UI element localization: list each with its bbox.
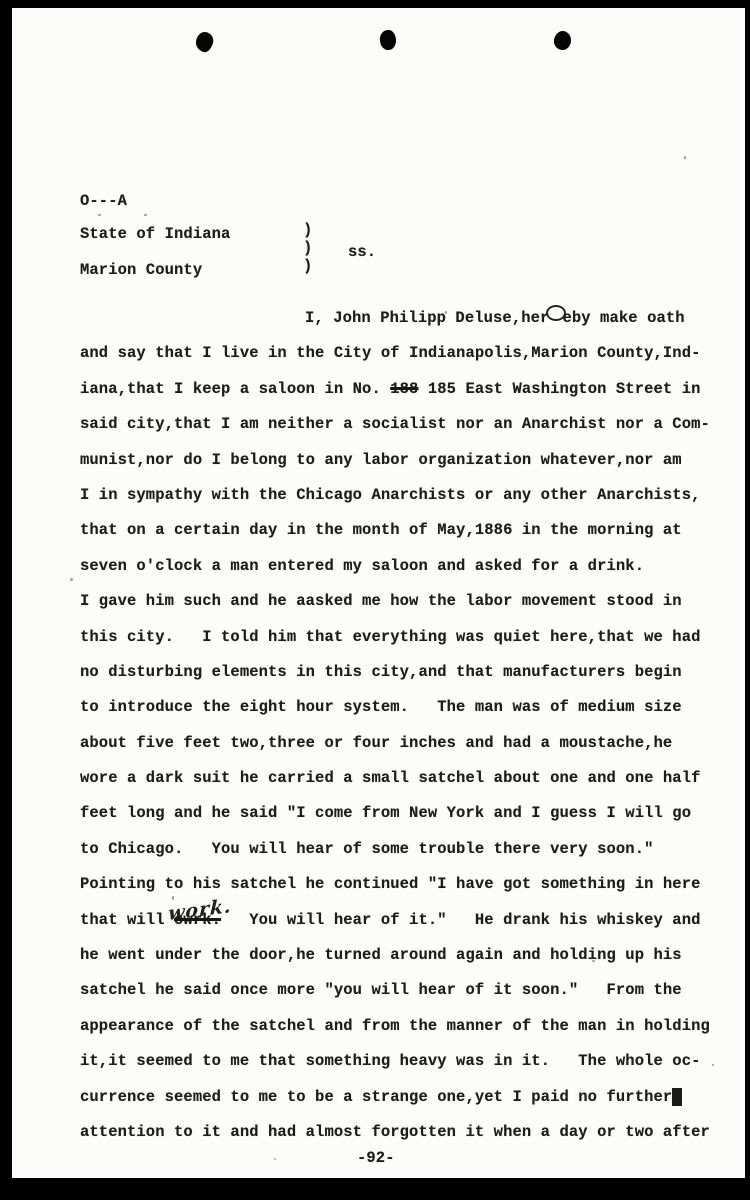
scan-speck	[172, 896, 174, 900]
text-line: I, John Philipp Deluse,hereby make oath	[80, 301, 730, 336]
text-line: to Chicago. You will hear of some troubl…	[80, 832, 730, 867]
typewritten-text: attention to it and had almost forgotten…	[80, 1123, 710, 1141]
typewritten-text: eby make oath	[562, 309, 684, 327]
typewritten-text: I, John Philipp Deluse,her	[305, 309, 549, 327]
text-line: wore a dark suit he carried a small satc…	[80, 761, 730, 796]
scanned-page: O---A State of Indiana Marion County ) )…	[12, 8, 745, 1178]
venue-bracket: )	[303, 221, 312, 239]
scan-speck	[144, 214, 147, 216]
text-line: satchel he said once more "you will hear…	[80, 973, 730, 1008]
scan-speck	[712, 1064, 714, 1066]
text-line: that will work.owrk. You will hear of it…	[80, 903, 730, 938]
text-line: feet long and he said "I come from New Y…	[80, 796, 730, 831]
struck-out-text: 188	[390, 380, 418, 398]
page-number: -92-	[357, 1149, 395, 1167]
text-line: this city. I told him that everything wa…	[80, 620, 730, 655]
ink-blot-overstrike: m	[672, 1088, 681, 1106]
venue-ss-abbreviation: ss.	[348, 243, 376, 261]
scan-speck	[98, 214, 101, 216]
text-line: I gave him such and he aasked me how the…	[80, 584, 730, 619]
typewritten-text: You will hear of it." He drank his whisk…	[221, 911, 700, 929]
typewritten-text: said city,that I am neither a socialist …	[80, 415, 710, 433]
venue-county: Marion County	[80, 261, 202, 279]
scan-speck	[70, 578, 73, 581]
affidavit-body-text: I, John Philipp Deluse,hereby make oatha…	[80, 301, 730, 1150]
punch-hole-center	[379, 29, 397, 51]
text-line: I in sympathy with the Chicago Anarchist…	[80, 478, 730, 513]
typewritten-text: seven o'clock a man entered my saloon an…	[80, 557, 644, 575]
text-line: no disturbing elements in this city,and …	[80, 655, 730, 690]
text-line: attention to it and had almost forgotten…	[80, 1115, 730, 1150]
typewritten-text: wore a dark suit he carried a small satc…	[80, 769, 701, 787]
typewritten-text: Pointing to his satchel he continued "I …	[80, 875, 701, 893]
punch-hole-right	[553, 30, 571, 50]
text-line: appearance of the satchel and from the m…	[80, 1009, 730, 1044]
typewritten-text: 185 East Washington Street in	[418, 380, 700, 398]
typewritten-text: and say that I live in the City of India…	[80, 344, 701, 362]
text-line: that on a certain day in the month of Ma…	[80, 513, 730, 548]
venue-bracket: )	[303, 239, 312, 257]
typewritten-text: munist,nor do I belong to any labor orga…	[80, 451, 682, 469]
typewritten-text: no disturbing elements in this city,and …	[80, 663, 682, 681]
text-line: he went under the door,he turned around …	[80, 938, 730, 973]
typewritten-text: that will	[80, 911, 174, 929]
typewritten-text: appearance of the satchel and from the m…	[80, 1017, 710, 1035]
typewritten-text: I in sympathy with the Chicago Anarchist…	[80, 486, 701, 504]
typewritten-text: it,it seemed to me that something heavy …	[80, 1052, 701, 1070]
venue-state: State of Indiana	[80, 225, 230, 243]
handwritten-word: work.	[167, 889, 232, 933]
typewritten-text: currence seemed to me to be a strange on…	[80, 1088, 672, 1106]
venue-bracket: )	[303, 257, 312, 275]
typewritten-text: about five feet two,three or four inches…	[80, 734, 672, 752]
typewritten-text: I gave him such and he aasked me how the…	[80, 592, 682, 610]
typewritten-text: to introduce the eight hour system. The …	[80, 698, 682, 716]
text-line: about five feet two,three or four inches…	[80, 726, 730, 761]
scan-background: { "page": { "page_number": "-92-", "colo…	[0, 0, 750, 1200]
text-line: munist,nor do I belong to any labor orga…	[80, 443, 730, 478]
typewritten-text: feet long and he said "I come from New Y…	[80, 804, 691, 822]
scan-speck	[445, 311, 447, 314]
scan-speck	[274, 1158, 276, 1160]
text-line: iana,that I keep a saloon in No. 188 185…	[80, 372, 730, 407]
text-line: currence seemed to me to be a strange on…	[80, 1080, 730, 1115]
text-line: and say that I live in the City of India…	[80, 336, 730, 371]
docket-label: O---A	[80, 192, 127, 210]
text-line: it,it seemed to me that something heavy …	[80, 1044, 730, 1079]
typewritten-text: iana,that I keep a saloon in No.	[80, 380, 390, 398]
text-line: to introduce the eight hour system. The …	[80, 690, 730, 725]
typewritten-text: to Chicago. You will hear of some troubl…	[80, 840, 654, 858]
text-line: seven o'clock a man entered my saloon an…	[80, 549, 730, 584]
punch-hole-left	[194, 30, 215, 54]
typewritten-text: that on a certain day in the month of Ma…	[80, 521, 682, 539]
scan-speck	[684, 156, 686, 159]
scan-speck	[624, 708, 627, 710]
typewritten-text: satchel he said once more "you will hear…	[80, 981, 682, 999]
text-line: said city,that I am neither a socialist …	[80, 407, 730, 442]
scan-speck	[592, 960, 595, 962]
typewritten-text: this city. I told him that everything wa…	[80, 628, 701, 646]
